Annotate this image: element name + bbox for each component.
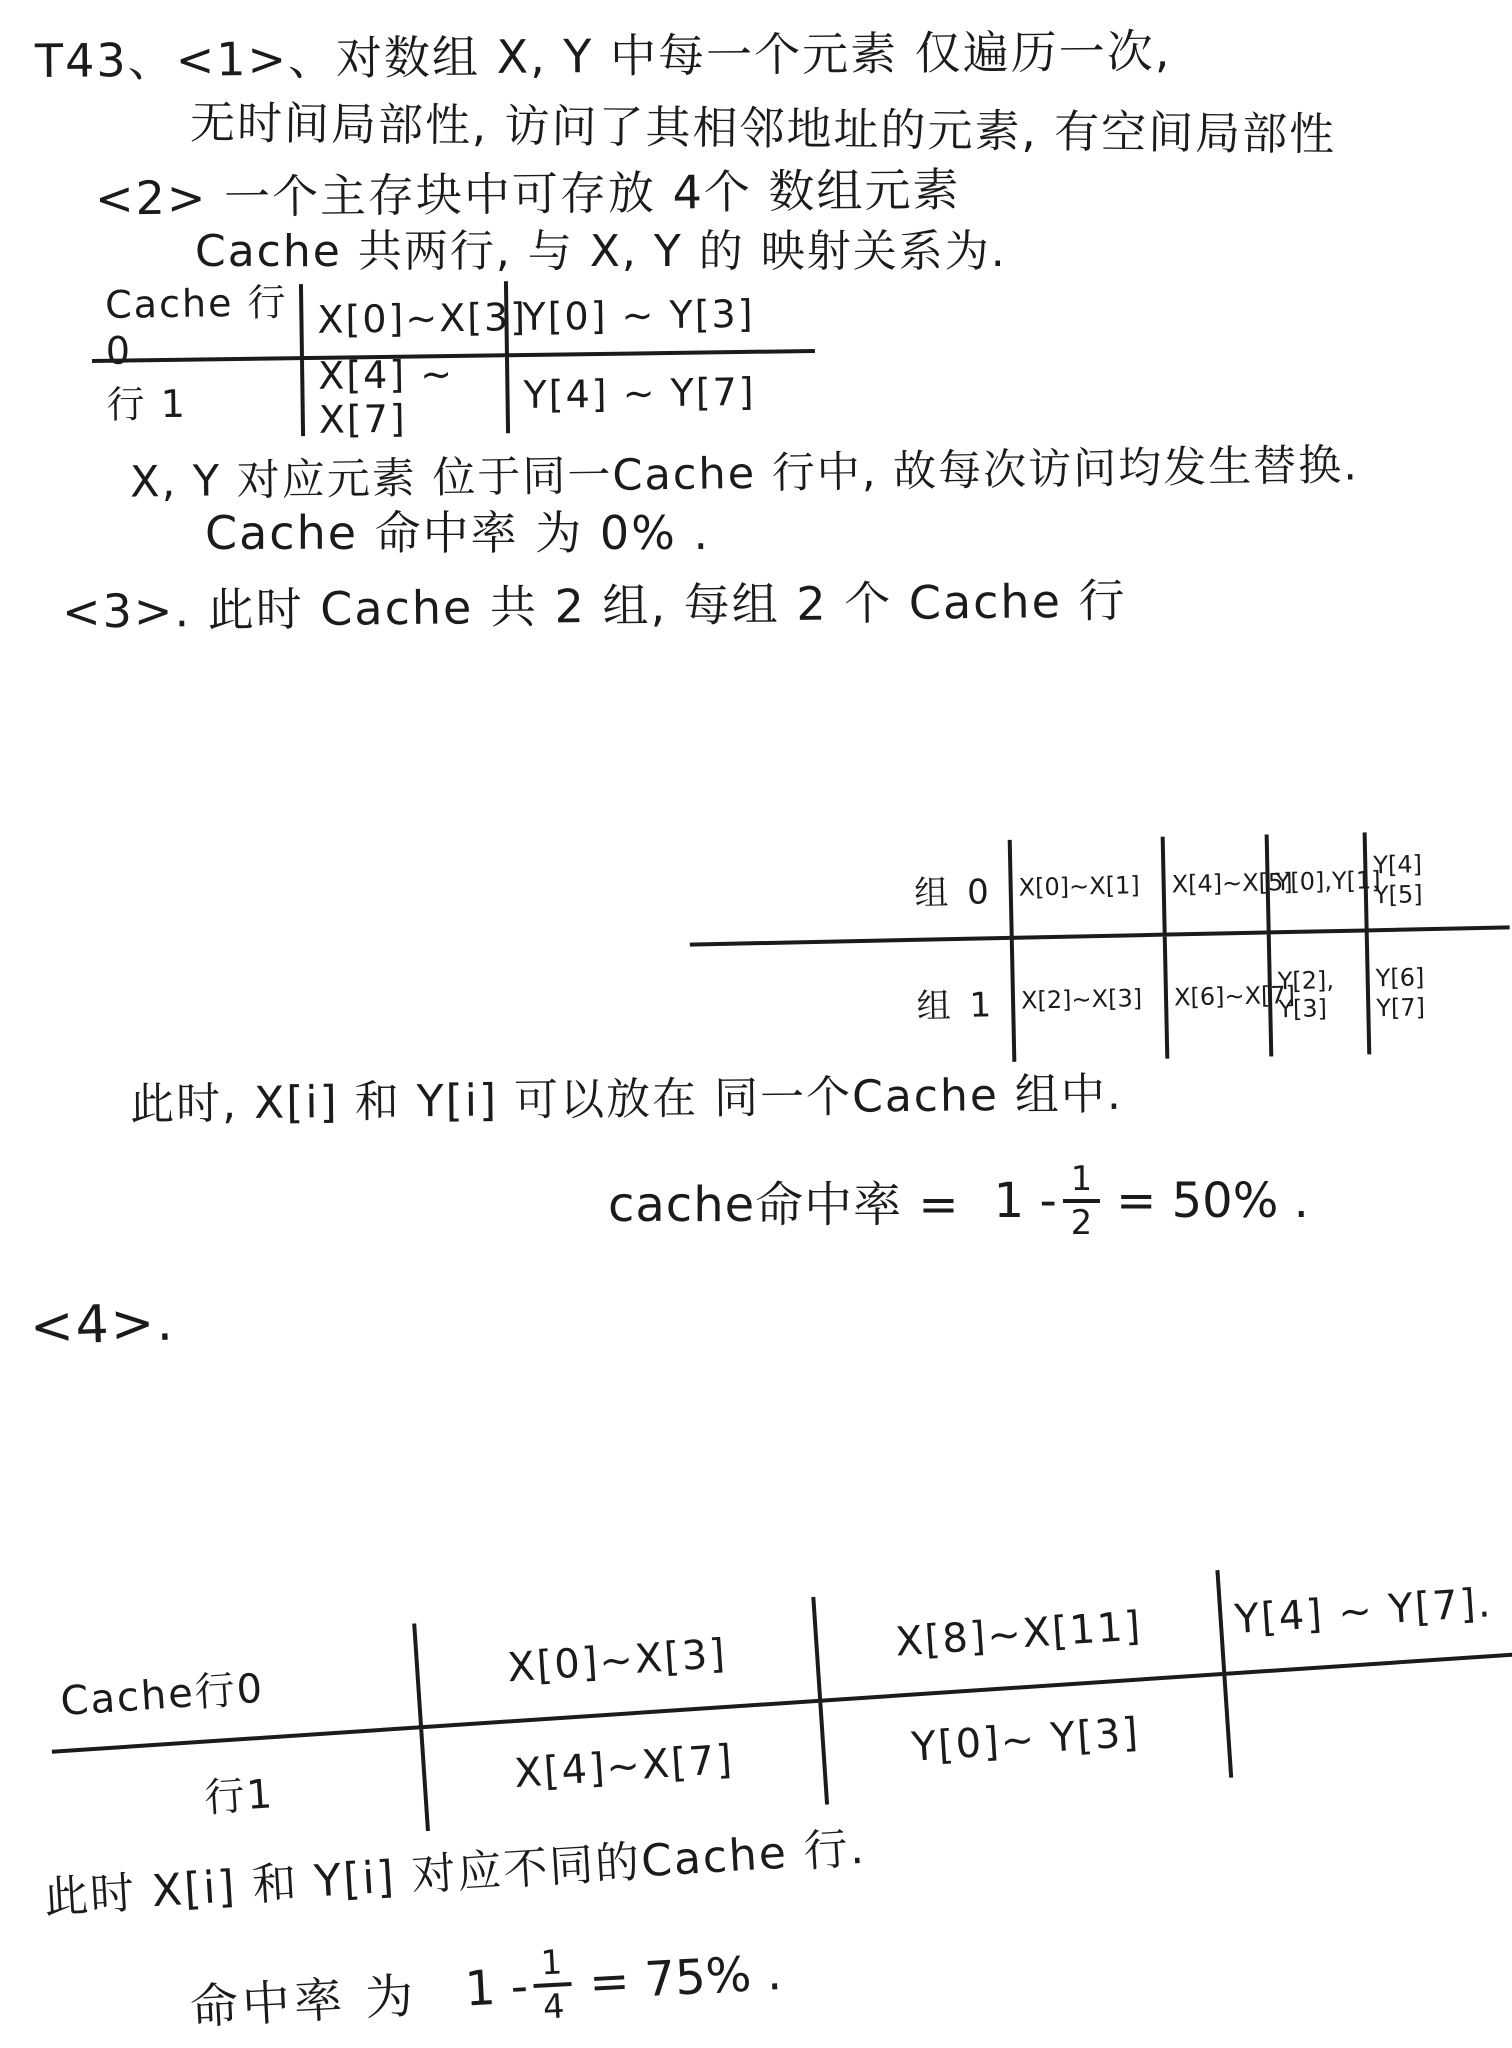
table-direct-mapping: Cache 行 0 X[0]~X[3] Y[0] ~ Y[3] 行 1 X[4]… (91, 277, 816, 439)
table-cell: Y[4] ~ Y[7]. (1215, 1551, 1512, 1676)
table-cell: Y[2], Y[3] (1267, 932, 1368, 1056)
table-cell: Y[6] Y[7] (1365, 929, 1512, 1054)
cell-line: Y[6] (1375, 962, 1424, 993)
table-cell: X[0]~X[1] (1008, 837, 1163, 940)
fraction-one-half: 1 2 (1063, 1162, 1100, 1239)
formula-result: = 75% . (588, 1945, 783, 2011)
fraction-denominator: 4 (542, 1986, 565, 2024)
fraction-numerator: 1 (1063, 1162, 1100, 1203)
cell-line: Y[7] (1376, 992, 1425, 1023)
formula-label: cache命中率 = (608, 1166, 960, 1235)
line-t43-part1: T43、<1>、对数组 X, Y 中每一个元素 仅遍历一次, (35, 15, 1172, 91)
cell-line: Y[5] (1374, 879, 1423, 910)
table-cell: 组 0 (688, 840, 1010, 947)
fraction-denominator: 2 (1071, 1203, 1092, 1240)
table-cell: Cache 行 0 (91, 284, 300, 363)
line-part2-cache-mapping: Cache 共两行, 与 X, Y 的 映射关系为. (195, 215, 1007, 279)
formula-hit-rate-75: 命中率 为 1 - 1 4 = 75% . (188, 1934, 784, 2042)
line-part3-sets: <3>. 此时 Cache 共 2 组, 每组 2 个 Cache 行 (62, 564, 1127, 641)
table-set-mapping: 组 0 X[0]~X[1] X[4]~X[5] Y[0],Y[1] Y[4] Y… (688, 829, 1512, 1068)
formula-lead: 1 - (463, 1958, 529, 2017)
table-cell: X[0]~X[3] (299, 281, 505, 360)
table-cell (1222, 1657, 1512, 1778)
line-part4-heading: <4>. (29, 1292, 176, 1357)
table-cell: Y[4] Y[5] (1363, 829, 1510, 932)
formula-result: = 50% . (1116, 1173, 1309, 1229)
table-cell: X[2]~X[3] (1010, 937, 1166, 1062)
table-cell: 组 1 (690, 940, 1012, 1069)
line-part1-locality: 无时间局部性, 访问了其相邻地址的元素, 有空间局部性 (190, 86, 1337, 163)
cell-line: Y[4] (1373, 849, 1422, 880)
table-cell: X[4]~X[5] (1161, 835, 1267, 937)
fraction-one-quarter: 1 4 (532, 1945, 573, 2024)
handwritten-notes-page: { "page": {"paper_color": "#ffffff", "in… (0, 0, 1512, 2048)
table-cell: Y[4] ~ Y[7] (505, 353, 816, 433)
formula-lead: 1 - (994, 1173, 1057, 1229)
table-part4-mapping: Cache行0 X[0]~X[3] X[8]~X[11] Y[4] ~ Y[7]… (45, 1551, 1512, 1856)
formula-label: 命中率 为 (188, 1957, 419, 2038)
table-cell: X[6]~X[7] (1163, 935, 1270, 1059)
table-cell: X[4] ~ X[7] (300, 357, 506, 436)
formula-hit-rate-50: cache命中率 = 1 - 1 2 = 50% . (608, 1162, 1309, 1239)
table-cell: Y[0],Y[1] (1265, 832, 1365, 934)
line-part3-note: 此时, X[i] 和 Y[i] 可以放在 同一个Cache 组中. (130, 1058, 1123, 1132)
table-cell: 行 1 (92, 360, 301, 439)
table-cell: Y[0] ~ Y[3] (504, 277, 815, 357)
fraction-numerator: 1 (532, 1945, 571, 1987)
line-part2-hit-rate-0: Cache 命中率 为 0% . (205, 497, 710, 563)
